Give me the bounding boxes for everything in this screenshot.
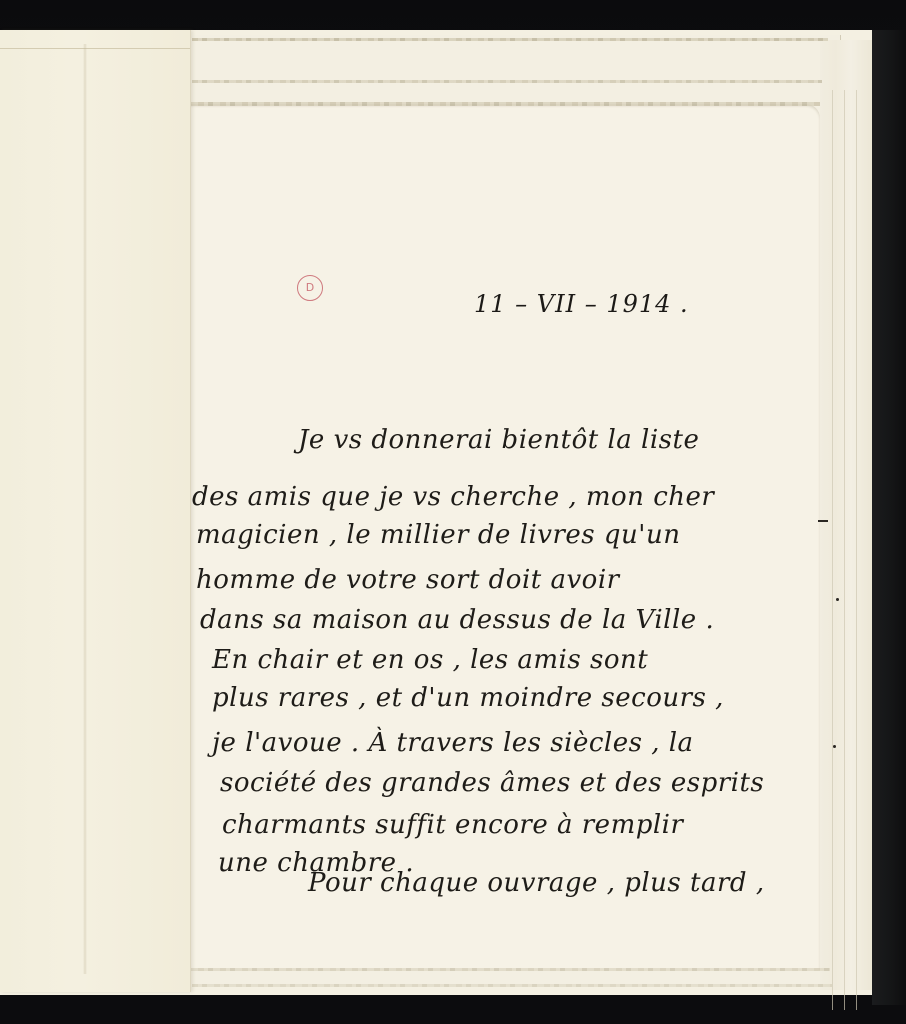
letter-line: des amis que je vs cherche , mon cher xyxy=(192,482,714,512)
letter-line: Je vs donnerai bientôt la liste xyxy=(298,425,699,455)
page-edges-right xyxy=(820,40,872,990)
letter-line: plus rares , et d'un moindre secours , xyxy=(212,683,724,713)
page-edge-line xyxy=(856,90,857,1010)
margin-mark xyxy=(836,598,839,601)
deckle-edge xyxy=(192,38,828,41)
letter-line: dans sa maison au dessus de la Ville . xyxy=(200,605,714,635)
book-binding xyxy=(872,30,906,1005)
margin-mark xyxy=(833,745,836,748)
page-edge-line xyxy=(832,90,833,1010)
deckle-edge xyxy=(110,102,820,106)
manuscript-scan: D 11 – VII – 1914 . Je vs donnerai bient… xyxy=(0,0,906,1024)
letter-line: charmants suffit encore à remplir xyxy=(222,810,683,840)
letter-line: magicien , le millier de livres qu'un xyxy=(196,520,680,550)
letter-line: je l'avoue . À travers les siècles , la xyxy=(212,728,694,758)
library-stamp: D xyxy=(297,275,323,301)
letter-line: homme de votre sort doit avoir xyxy=(196,565,620,595)
letter-line: société des grandes âmes et des esprits xyxy=(220,768,764,798)
letter-line: Pour chaque ouvrage , plus tard , xyxy=(308,868,765,898)
deckle-edge xyxy=(192,984,832,987)
flyleaf-edge xyxy=(0,48,190,49)
flyleaf xyxy=(0,30,191,992)
page-edge-line xyxy=(844,90,845,1010)
deckle-edge xyxy=(110,968,830,971)
deckle-edge xyxy=(192,80,822,83)
margin-mark xyxy=(818,520,828,522)
letter-date: 11 – VII – 1914 . xyxy=(474,290,689,318)
letter-line: En chair et en os , les amis sont xyxy=(212,645,648,675)
flyleaf-fold xyxy=(83,44,87,974)
